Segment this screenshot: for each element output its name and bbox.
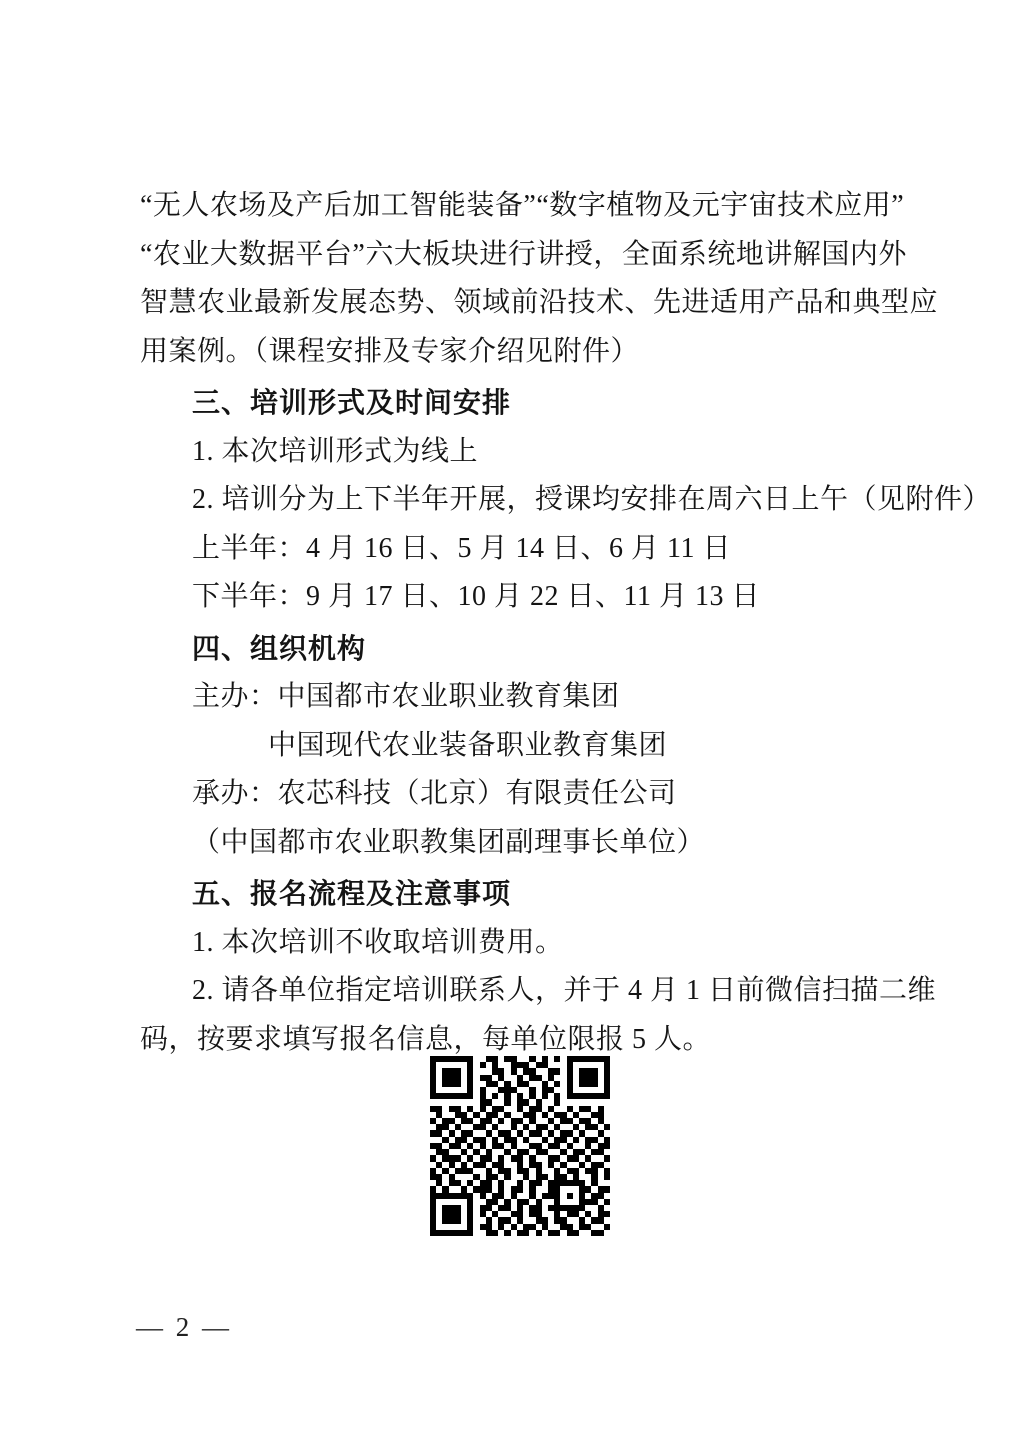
item-no-fee: 1. 本次培训不收取培训费用。 xyxy=(140,919,940,968)
item-training-format: 1. 本次培训形式为线上 xyxy=(140,428,940,477)
organizer-note: （中国都市农业职教集团副理事长单位） xyxy=(140,819,940,868)
section-heading-training-schedule: 三、培训形式及时间安排 xyxy=(140,379,940,428)
registration-qr-code xyxy=(430,1056,610,1236)
section-heading-organization: 四、组织机构 xyxy=(140,625,940,674)
organizer-host-line-1: 主办：中国都市农业职业教育集团 xyxy=(140,673,940,722)
document-body: “无人农场及产后加工智能装备”“数字植物及元宇宙技术应用” “农业大数据平台”六… xyxy=(140,182,940,1064)
organizer-host-line-2: 中国现代农业装备职业教育集团 xyxy=(140,722,940,771)
section-heading-registration: 五、报名流程及注意事项 xyxy=(140,870,940,919)
intro-line-4: 用案例。（课程安排及专家介绍见附件） xyxy=(140,328,940,377)
page-number: — 2 — xyxy=(136,1312,232,1343)
qr-module xyxy=(604,1230,610,1236)
intro-line-3: 智慧农业最新发展态势、领域前沿技术、先进适用产品和典型应 xyxy=(140,279,940,328)
item-registration-instructions-1: 2. 请各单位指定培训联系人，并于 4 月 1 日前微信扫描二维 xyxy=(140,967,940,1016)
organizer-undertaker: 承办：农芯科技（北京）有限责任公司 xyxy=(140,770,940,819)
intro-line-1: “无人农场及产后加工智能装备”“数字植物及元宇宙技术应用” xyxy=(140,182,940,231)
schedule-second-half-year: 下半年：9 月 17 日、10 月 22 日、11 月 13 日 xyxy=(140,573,940,622)
schedule-first-half-year: 上半年：4 月 16 日、5 月 14 日、6 月 11 日 xyxy=(140,525,940,574)
item-training-arrangement: 2. 培训分为上下半年开展，授课均安排在周六日上午（见附件） xyxy=(140,476,940,525)
intro-line-2: “农业大数据平台”六大板块进行讲授，全面系统地讲解国内外 xyxy=(140,231,940,280)
